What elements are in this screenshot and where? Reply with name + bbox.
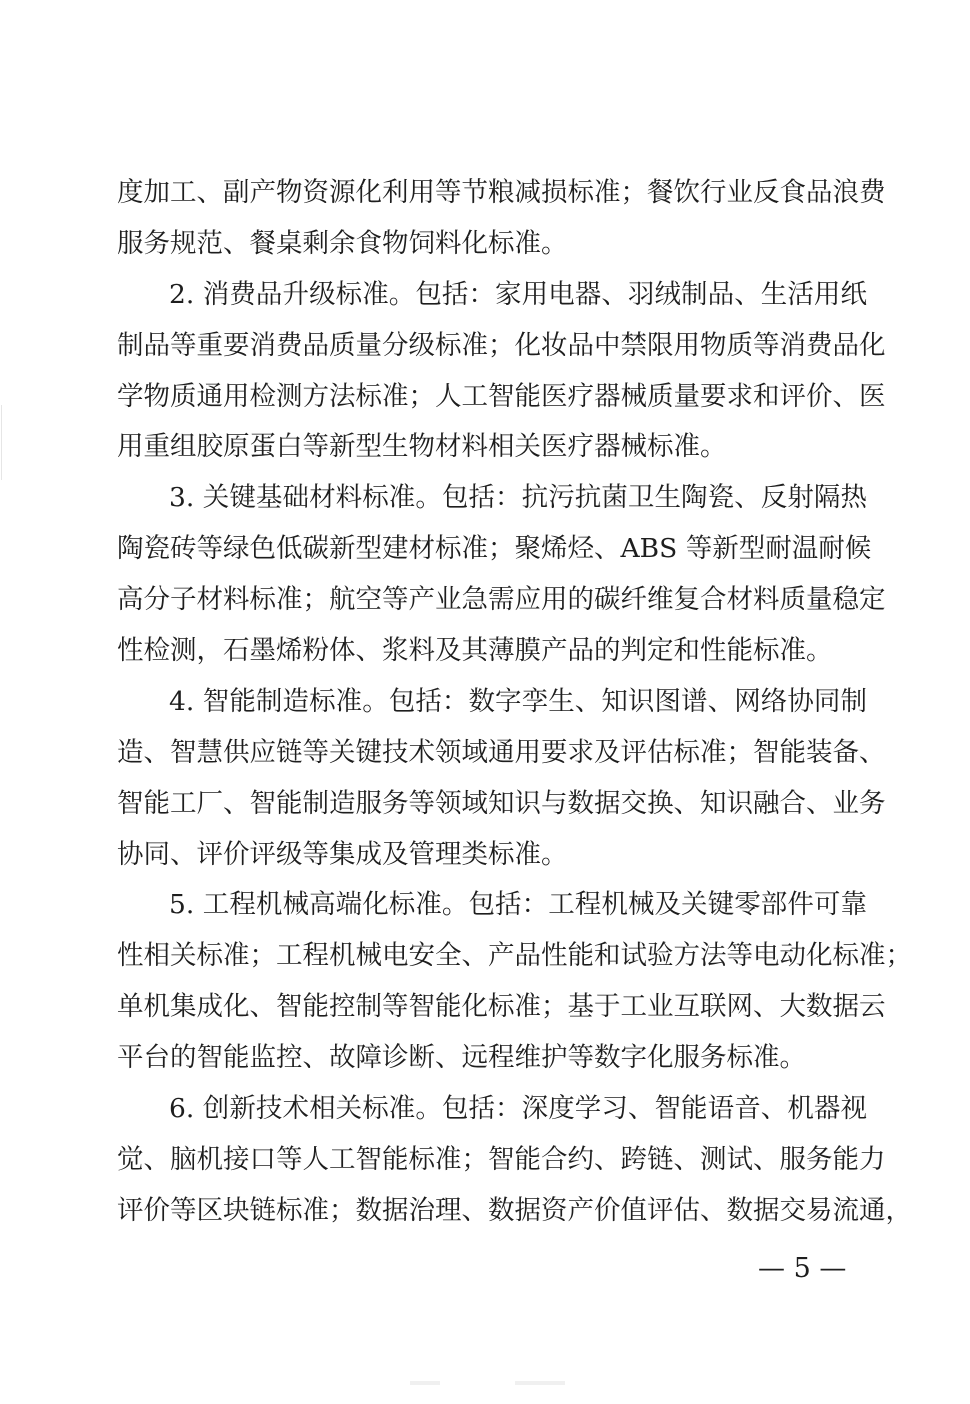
paragraph-continued-food-standards: 度加工、副产物资源化利用等节粮减损标准；餐饮行业反食品浪费 服务规范、餐桌剩余食… xyxy=(117,168,867,270)
text-line: 学物质通用检测方法标准；人工智能医疗器械质量要求和评价、医 xyxy=(117,372,867,423)
text-line: 5. 工程机械高端化标准。包括：工程机械及关键零部件可靠 xyxy=(117,880,867,931)
text-line: 协同、评价评级等集成及管理类标准。 xyxy=(117,830,867,881)
text-line: 2. 消费品升级标准。包括：家用电器、羽绒制品、生活用纸 xyxy=(117,270,867,321)
text-line: 性相关标准；工程机械电安全、产品性能和试验方法等电动化标准； xyxy=(117,931,867,982)
text-line: 高分子材料标准；航空等产业急需应用的碳纤维复合材料质量稳定 xyxy=(117,575,867,626)
text-line: 觉、脑机接口等人工智能标准；智能合约、跨链、测试、服务能力 xyxy=(117,1135,867,1186)
text-line: 陶瓷砖等绿色低碳新型建材标准；聚烯烃、ABS 等新型耐温耐候 xyxy=(117,524,867,575)
paragraph-item-2-consumer-goods: 2. 消费品升级标准。包括：家用电器、羽绒制品、生活用纸 制品等重要消费品质量分… xyxy=(117,270,867,474)
scan-artifacts xyxy=(400,1381,570,1389)
text-line: 评价等区块链标准；数据治理、数据资产价值评估、数据交易流通， xyxy=(117,1186,867,1237)
body-text: 度加工、副产物资源化利用等节粮减损标准；餐饮行业反食品浪费 服务规范、餐桌剩余食… xyxy=(117,168,867,1237)
text-line: 服务规范、餐桌剩余食物饲料化标准。 xyxy=(117,219,867,270)
text-line: 4. 智能制造标准。包括：数字孪生、知识图谱、网络协同制 xyxy=(117,677,867,728)
text-line: 平台的智能监控、故障诊断、远程维护等数字化服务标准。 xyxy=(117,1033,867,1084)
text-line: 性检测，石墨烯粉体、浆料及其薄膜产品的判定和性能标准。 xyxy=(117,626,867,677)
text-line: 制品等重要消费品质量分级标准；化妆品中禁限用物质等消费品化 xyxy=(117,321,867,372)
text-line: 用重组胶原蛋白等新型生物材料相关医疗器械标准。 xyxy=(117,422,867,473)
paragraph-item-6-innovative-tech: 6. 创新技术相关标准。包括：深度学习、智能语音、机器视 觉、脑机接口等人工智能… xyxy=(117,1084,867,1237)
text-line: 造、智慧供应链等关键技术领域通用要求及评估标准；智能装备、 xyxy=(117,728,867,779)
text-line: 3. 关键基础材料标准。包括：抗污抗菌卫生陶瓷、反射隔热 xyxy=(117,473,867,524)
paragraph-item-5-engineering-machinery: 5. 工程机械高端化标准。包括：工程机械及关键零部件可靠 性相关标准；工程机械电… xyxy=(117,880,867,1084)
document-page: 度加工、副产物资源化利用等节粮减损标准；餐饮行业反食品浪费 服务规范、餐桌剩余食… xyxy=(0,0,970,1404)
page-number: — 5 — xyxy=(758,1249,846,1289)
text-line: 智能工厂、智能制造服务等领域知识与数据交换、知识融合、业务 xyxy=(117,779,867,830)
text-line: 6. 创新技术相关标准。包括：深度学习、智能语音、机器视 xyxy=(117,1084,867,1135)
text-line: 单机集成化、智能控制等智能化标准；基于工业互联网、大数据云 xyxy=(117,982,867,1033)
scan-edge-line xyxy=(1,405,2,480)
paragraph-item-4-smart-manufacturing: 4. 智能制造标准。包括：数字孪生、知识图谱、网络协同制 造、智慧供应链等关键技… xyxy=(117,677,867,881)
text-line: 度加工、副产物资源化利用等节粮减损标准；餐饮行业反食品浪费 xyxy=(117,168,867,219)
paragraph-item-3-key-materials: 3. 关键基础材料标准。包括：抗污抗菌卫生陶瓷、反射隔热 陶瓷砖等绿色低碳新型建… xyxy=(117,473,867,677)
